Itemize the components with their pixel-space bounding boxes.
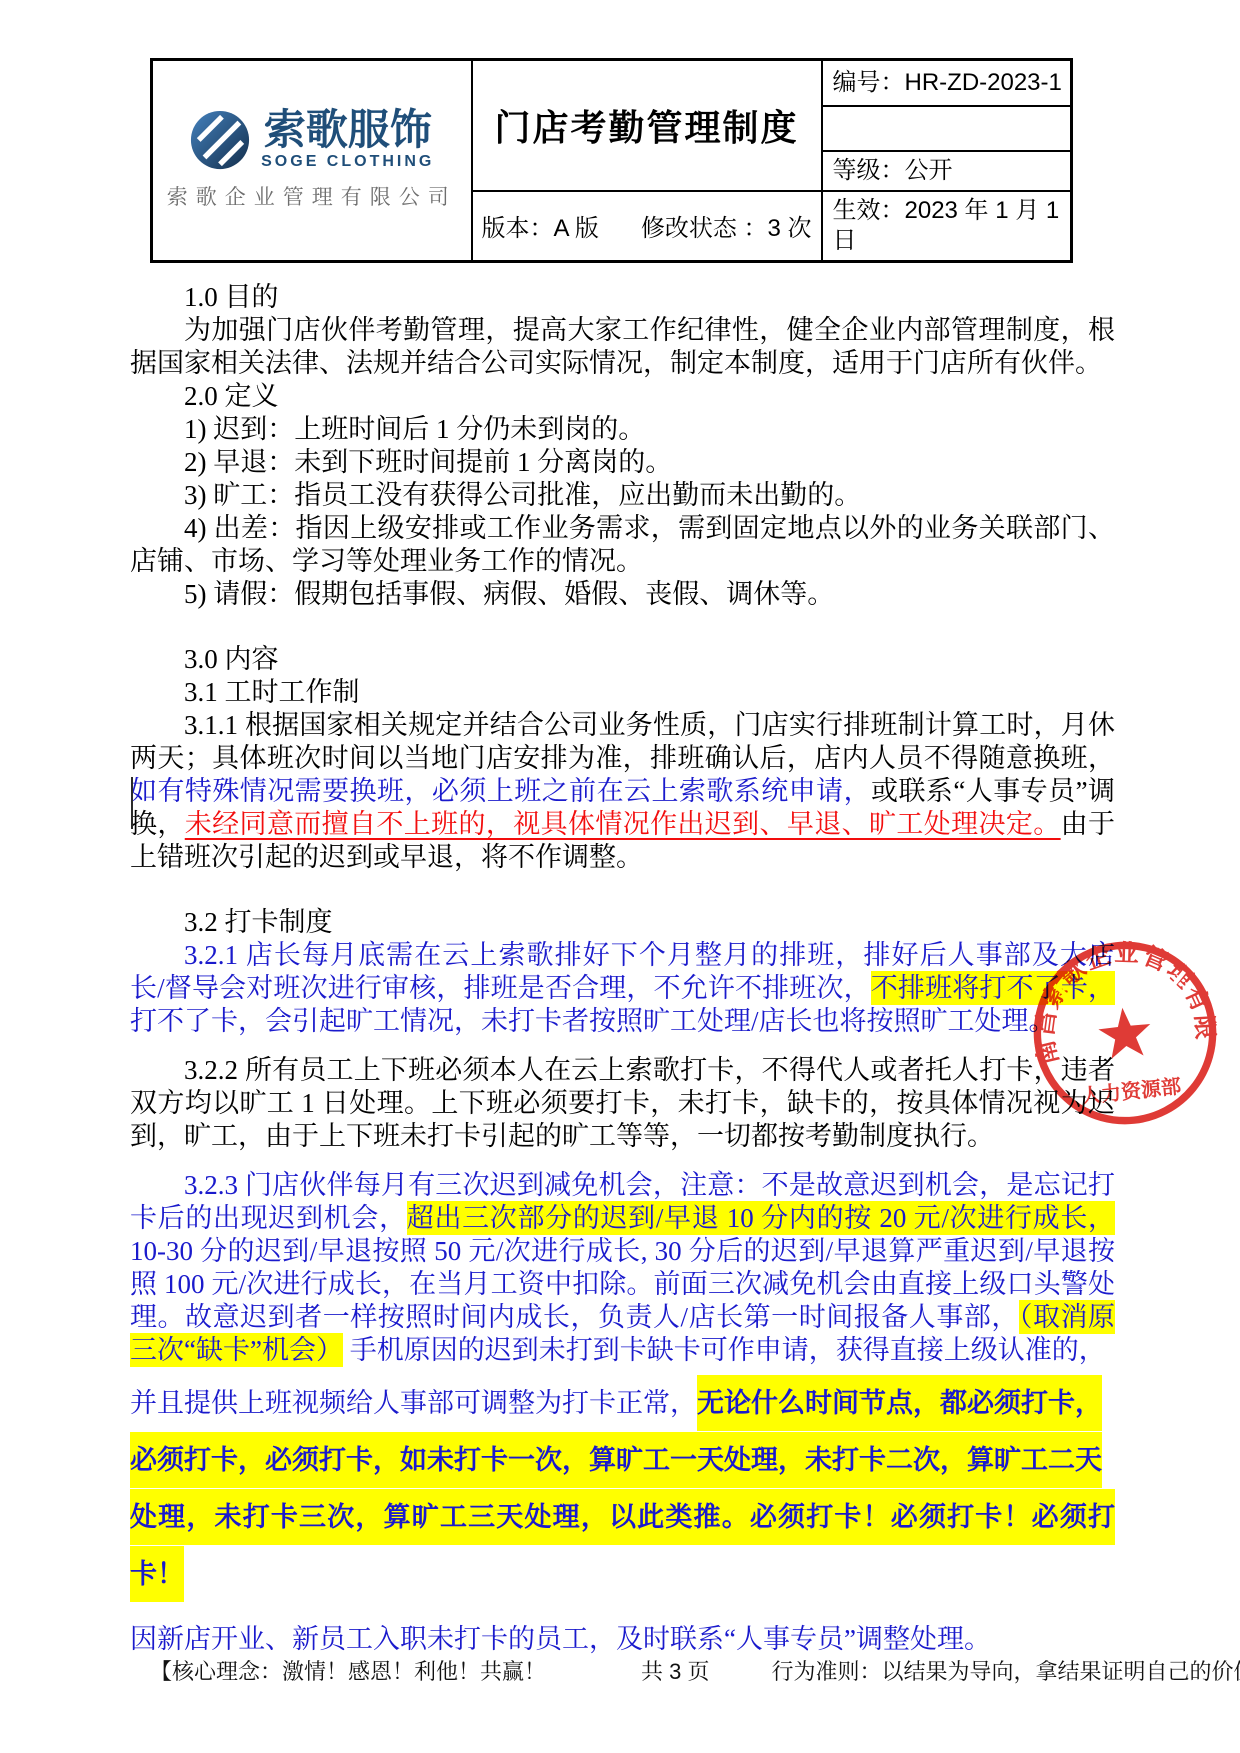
doc-meta-empty-cell — [822, 106, 1072, 151]
version-cell: 版本：A 版 修改状态 ：3 次 — [472, 191, 822, 262]
text-segment: 并且提供上班视频给人事部可调整为打卡正常， — [130, 1388, 697, 1418]
paragraph: 1) 迟到：上班时间后 1 分仍未到岗的。 — [130, 413, 1115, 446]
logo-cell: 索歌服饰 SOGE CLOTHING 索歌企业管理有限公司 — [152, 60, 472, 262]
text-segment: 3.1 工时工作制 — [184, 677, 360, 707]
document-title: 门店考勤管理制度 — [473, 100, 821, 151]
document-body: 1.0 目的为加强门店伙伴考勤管理，提高大家工作纪律性，健全企业内部管理制度，根… — [130, 281, 1115, 1668]
paragraph: 2) 早退：未到下班时间提前 1 分离岗的。 — [130, 446, 1115, 479]
text-segment: 3) 旷工：指员工没有获得公司批准，应出勤而未出勤的。 — [184, 480, 861, 510]
text-segment: 2) 早退：未到下班时间提前 1 分离岗的。 — [184, 447, 672, 477]
revision-change-bar — [131, 777, 133, 829]
text-segment: 为加强门店伙伴考勤管理，提高大家工作纪律性，健全企业内部管理制度，根据国家相关法… — [130, 315, 1115, 378]
footer-code-of-conduct: 行为准则：以结果为导向，拿结果证明自己的价值】 — [771, 1655, 1240, 1686]
company-stamp: 南昌索歌企业管理有限公司 人力资源部 — [1021, 929, 1230, 1138]
doc-revision-state: 修改状态 ：3 次 — [641, 208, 812, 243]
text-segment: 1.0 目的 — [184, 282, 279, 312]
doc-level-cell: 等级：公开 — [822, 151, 1072, 191]
text-segment: 3.2 打卡制度 — [184, 907, 333, 937]
text-segment: 未经同意而擅自不上班的，视具体情况作出迟到、早退、旷工处理决定。 — [185, 809, 1061, 839]
stamp-star-icon — [1096, 1005, 1153, 1060]
paragraph: 3.2.3 门店伙伴每月有三次迟到减免机会，注意：不是故意迟到机会，是忘记打卡后… — [130, 1169, 1115, 1367]
paragraph: 3.2.2 所有员工上下班必须本人在云上索歌打卡，不得代人或者托人打卡，违者双方… — [130, 1054, 1115, 1153]
paragraph: 3.1.1 根据国家相关规定并结合公司业务性质，门店实行排班制计算工时，月休两天… — [130, 709, 1115, 874]
doc-effective-cell: 生效：2023 年 1 月 1 日 — [822, 191, 1072, 262]
title-cell: 门店考勤管理制度 — [472, 60, 822, 191]
company-name: 索歌企业管理有限公司 — [153, 181, 471, 211]
text-segment: 处理，未打卡三次，算旷工三天处理，以此类推。必须打卡！必须打卡！必须打卡！ — [130, 1489, 1115, 1602]
text-segment: 1) 迟到：上班时间后 1 分仍未到岗的。 — [184, 414, 645, 444]
footer-core-values: 【核心理念：激情！感恩！利他！共赢！ — [150, 1655, 546, 1686]
doc-version: 版本：A 版 — [481, 208, 598, 243]
text-segment: 3.1.1 根据国家相关规定并结合公司业务性质，门店实行排班制计算工时，月休两天… — [130, 710, 1115, 773]
paragraph: 3.0 内容 — [130, 643, 1115, 676]
text-segment: 3.2.2 所有员工上下班必须本人在云上索歌打卡，不得代人或者托人打卡，违者双方… — [130, 1055, 1115, 1151]
paragraph: 3.1 工时工作制 — [130, 676, 1115, 709]
text-segment: 手机原因的迟到未打到卡缺卡可作申请，获得直接上级认准的， — [343, 1335, 1106, 1365]
paragraph: 并且提供上班视频给人事部可调整为打卡正常，无论什么时间节点，都必须打卡，必须打卡… — [130, 1375, 1115, 1603]
doc-number-cell: 编号：HR-ZD-2023-1 — [822, 60, 1072, 106]
text-segment: 5) 请假：假期包括事假、病假、婚假、丧假、调休等。 — [184, 579, 834, 609]
logo: 索歌服饰 SOGE CLOTHING — [153, 109, 471, 171]
paragraph: 2.0 定义 — [130, 380, 1115, 413]
text-segment: 10-30 分的迟到/早退按照 50 元/次进行成长, 30 分后的迟到/早退算… — [130, 1236, 1115, 1332]
paragraph: 为加强门店伙伴考勤管理，提高大家工作纪律性，健全企业内部管理制度，根据国家相关法… — [130, 314, 1115, 380]
text-segment: 超出三次部分的迟到/早退 10 分内的按 20 元/次进行成长， — [407, 1201, 1115, 1235]
paragraph: 4) 出差：指因上级安排或工作业务需求，需到固定地点以外的业务关联部门、店铺、市… — [130, 512, 1115, 578]
brand-name-cn: 索歌服饰 — [261, 109, 434, 151]
paragraph: 5) 请假：假期包括事假、病假、婚假、丧假、调休等。 — [130, 578, 1115, 611]
text-segment: 4) 出差：指因上级安排或工作业务需求，需到固定地点以外的业务关联部门、店铺、市… — [130, 513, 1115, 576]
text-segment: 3.0 内容 — [184, 644, 279, 674]
paragraph: 1.0 目的 — [130, 281, 1115, 314]
paragraph: 3) 旷工：指员工没有获得公司批准，应出勤而未出勤的。 — [130, 479, 1115, 512]
text-segment: 如有特殊情况需要换班，必须上班之前在云上索歌系统申请， — [130, 776, 871, 806]
text-segment: 必须打卡，必须打卡，如未打卡一次，算旷工一天处理，未打卡二次，算旷工二天 — [130, 1432, 1102, 1488]
text-segment: 因新店开业、新员工入职未打卡的员工，及时联系“人事专员”调整处理。 — [130, 1624, 991, 1654]
paragraph: 3.2 打卡制度 — [130, 906, 1115, 939]
text-segment: 2.0 定义 — [184, 381, 279, 411]
page-footer: 【核心理念：激情！感恩！利他！共赢！ 共 3 页 行为准则：以结果为导向，拿结果… — [150, 1655, 1100, 1686]
document-header-table: 索歌服饰 SOGE CLOTHING 索歌企业管理有限公司 门店考勤管理制度 编… — [150, 58, 1073, 263]
brand-name-en: SOGE CLOTHING — [261, 153, 434, 171]
text-segment: 打不了卡，会引起旷工情况，未打卡者按照旷工处理/店长也将按照旷工处理。 — [130, 1006, 1056, 1036]
stamp-department-text: 人力资源部 — [1080, 1074, 1182, 1108]
text-segment: 无论什么时间节点，都必须打卡， — [697, 1375, 1102, 1431]
page-count: 共 3 页 — [641, 1655, 709, 1686]
paragraph: 3.2.1 店长每月底需在云上索歌排好下个月整月的排班，排好后人事部及大店长/督… — [130, 939, 1115, 1038]
soge-logo-icon — [189, 109, 251, 171]
document-page: 索歌服饰 SOGE CLOTHING 索歌企业管理有限公司 门店考勤管理制度 编… — [0, 0, 1240, 1753]
